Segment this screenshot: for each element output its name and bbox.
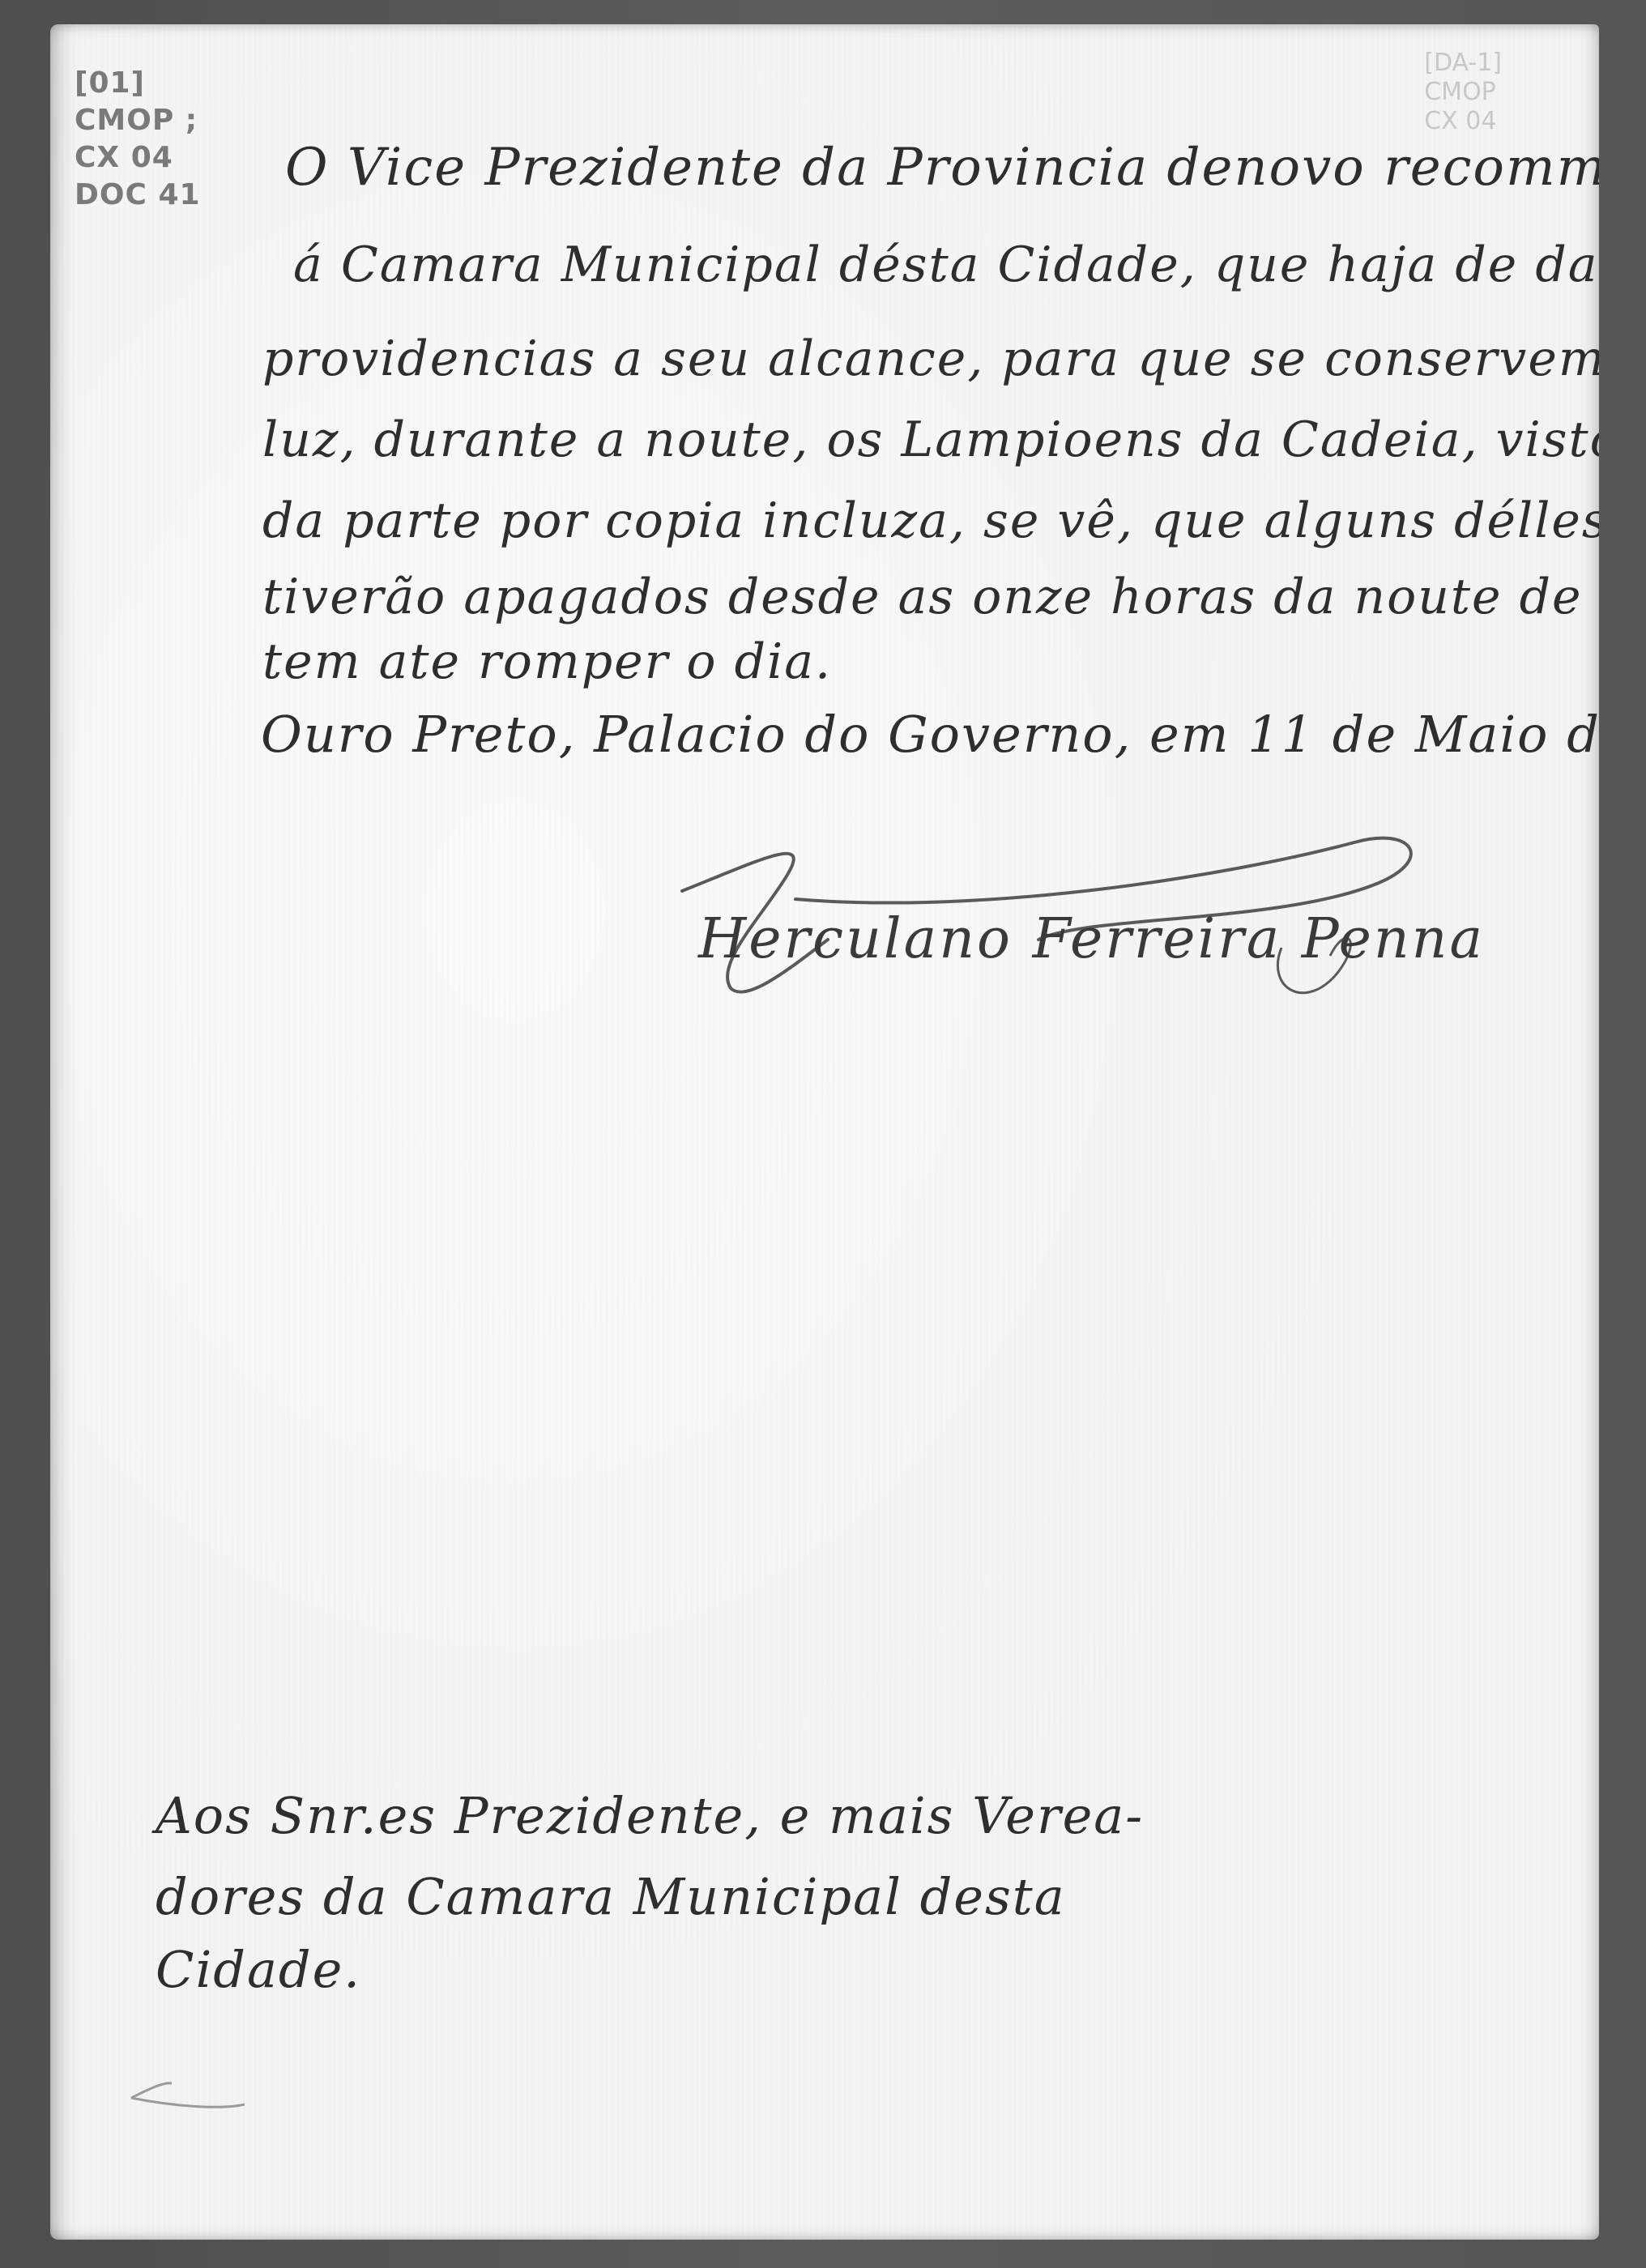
stray-pen-mark-icon bbox=[123, 2065, 253, 2114]
address-line: Cidade. bbox=[156, 1940, 361, 1999]
faint-stamp-line: [DA-1] bbox=[1424, 49, 1502, 78]
manuscript-page: [01] CMOP ; CX 04 DOC 41 [DA-1] CMOP CX … bbox=[50, 24, 1599, 2240]
address-line: dores da Camara Municipal desta bbox=[156, 1867, 1066, 1926]
letter-body-line: tiverão apagados desde as onze horas da … bbox=[262, 569, 1599, 625]
faint-stamp-line: CX 04 bbox=[1424, 107, 1502, 136]
letter-body-line: tem ate romper o dia. bbox=[262, 633, 832, 690]
address-line: Aos Snr.es Prezidente, e mais Verea- bbox=[156, 1786, 1144, 1845]
archive-ref-line: CMOP ; bbox=[75, 102, 201, 139]
letter-body-line: á Camara Municipal désta Cidade, que haj… bbox=[293, 237, 1599, 293]
document-scan: [01] CMOP ; CX 04 DOC 41 [DA-1] CMOP CX … bbox=[0, 0, 1646, 2268]
archive-ref-line: DOC 41 bbox=[75, 177, 201, 214]
faint-bleedthrough-stamp: [DA-1] CMOP CX 04 bbox=[1424, 49, 1502, 136]
letter-body-line: luz, durante a noute, os Lampioens da Ca… bbox=[262, 411, 1599, 468]
signature: Herculano Ferreira Penna bbox=[698, 907, 1485, 971]
archive-ref-line: [01] bbox=[75, 65, 201, 102]
archive-ref-line: CX 04 bbox=[75, 139, 201, 177]
letter-body-line: O Vice Prezidente da Provincia denovo re… bbox=[285, 138, 1599, 198]
faint-stamp-line: CMOP bbox=[1424, 78, 1502, 107]
letter-body-line: providencias a seu alcance, para que se … bbox=[262, 330, 1599, 387]
archive-reference-note: [01] CMOP ; CX 04 DOC 41 bbox=[75, 65, 201, 214]
letter-dateline: Ouro Preto, Palacio do Governo, em 11 de… bbox=[261, 705, 1599, 764]
letter-body-line: da parte por copia incluza, se vê, que a… bbox=[262, 492, 1599, 549]
